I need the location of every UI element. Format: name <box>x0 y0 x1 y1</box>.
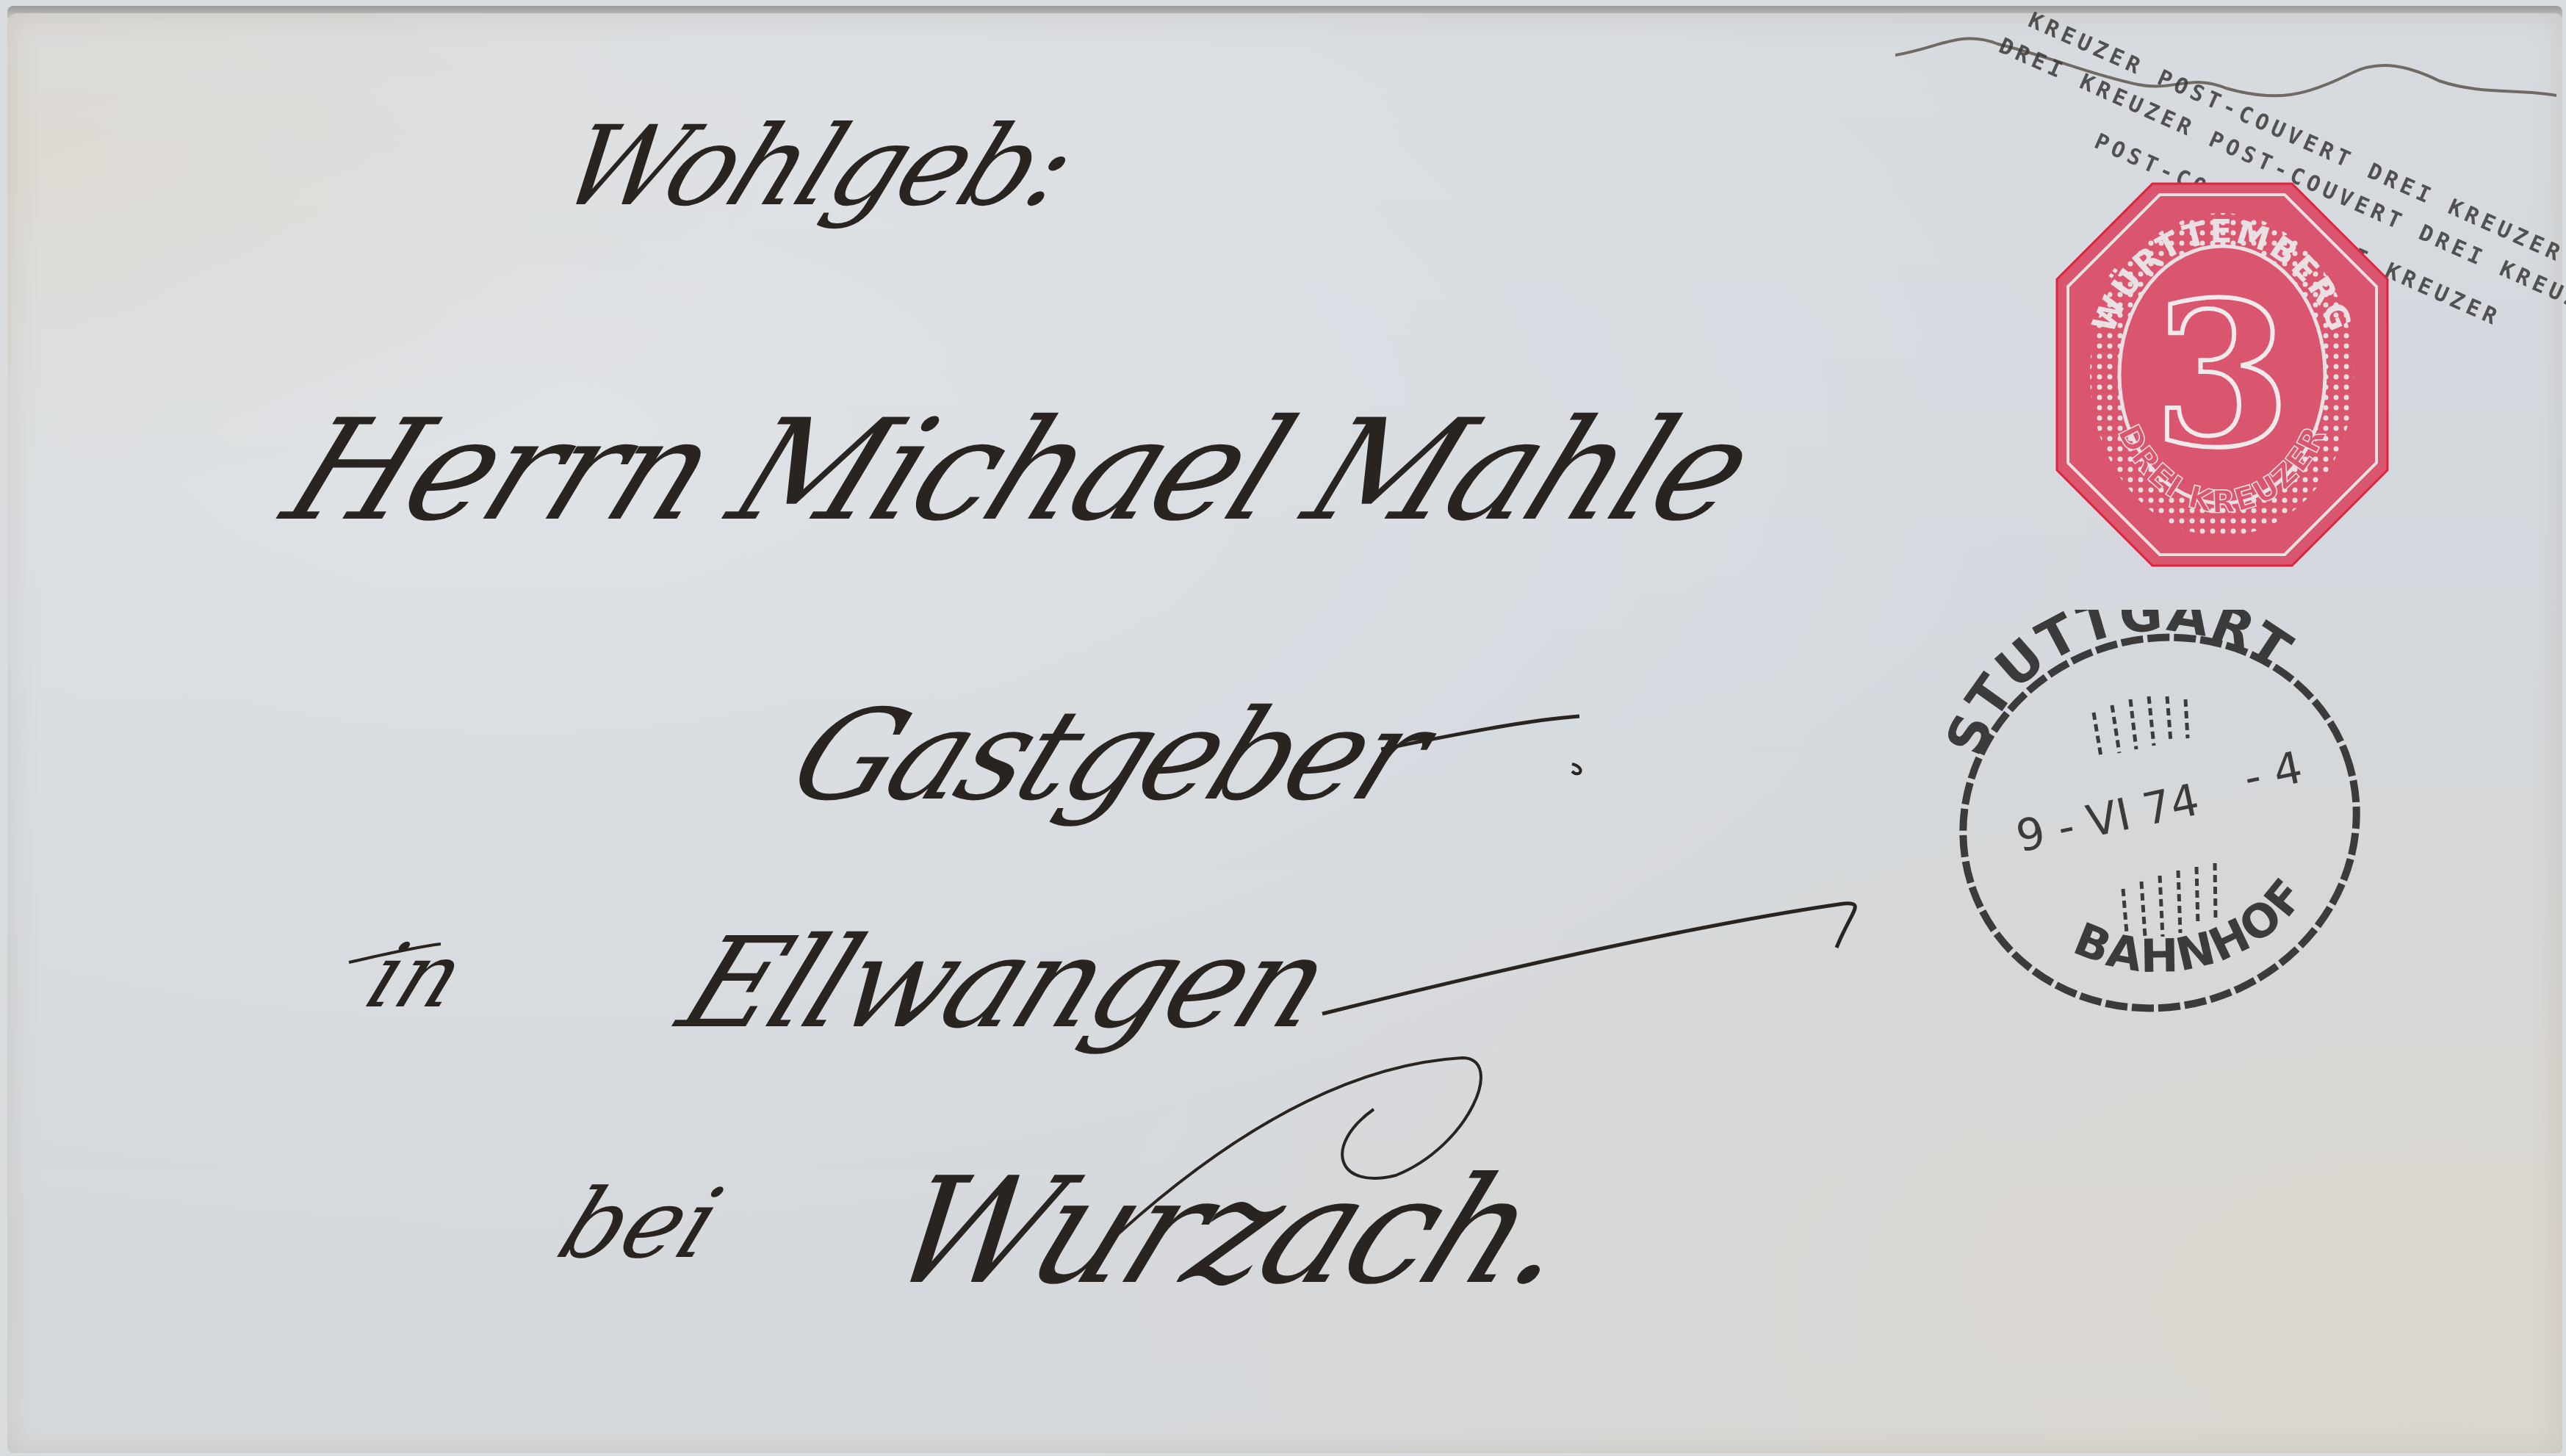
svg-text:3: 3 <box>2153 258 2291 491</box>
svg-text:9 - VI 74: 9 - VI 74 <box>2012 774 2204 863</box>
occupation-text: Gastgeber <box>771 683 1446 829</box>
postmark: STUTTGART BAHNHOF 9 - VI 74 - 4 <box>1917 610 2402 1021</box>
octagon-stamp-icon: WÜRTTEMBERG DREI KREUZER 3 <box>2053 176 2391 573</box>
svg-text:BAHNHOF: BAHNHOF <box>2066 868 2315 983</box>
recipient-name-text: Herrn Michael Mahle <box>264 389 1772 552</box>
postmark-cancel-icon: STUTTGART BAHNHOF 9 - VI 74 - 4 <box>1917 610 2402 1021</box>
stamp: WÜRTTEMBERG DREI KREUZER 3 <box>2053 176 2391 573</box>
salutation-text: Wohlgeb: <box>544 103 1094 231</box>
location-text: Ellwangen <box>661 911 1347 1056</box>
near-place-text: Wurzach. <box>867 1146 1599 1317</box>
svg-text:- 4: - 4 <box>2240 742 2307 804</box>
